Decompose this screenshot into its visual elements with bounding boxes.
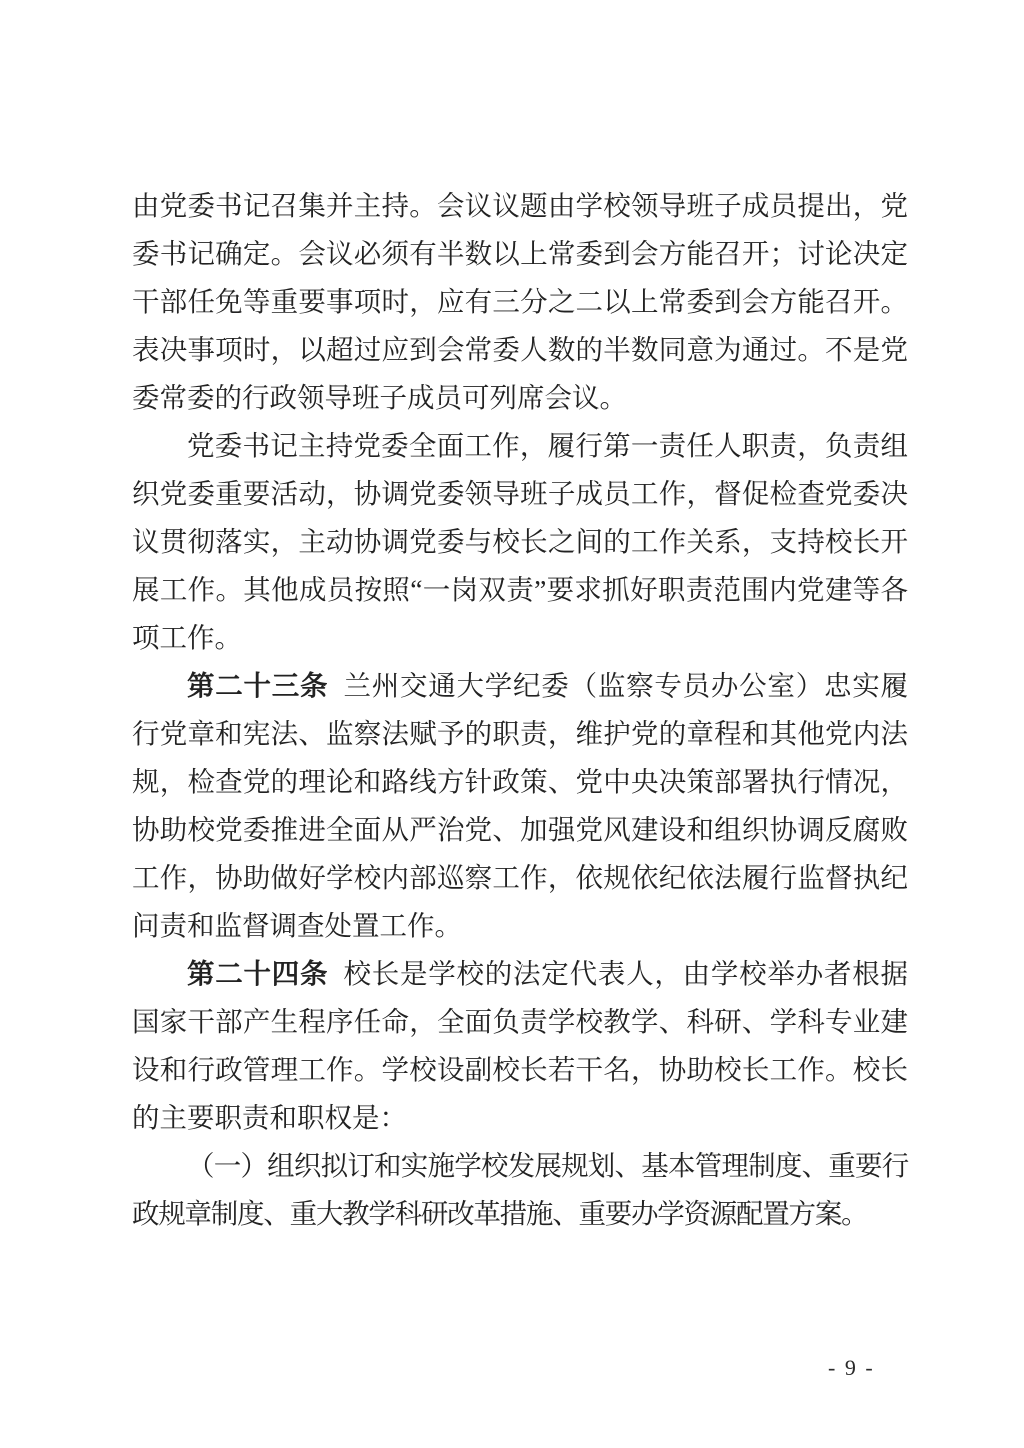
document-page: 由党委书记召集并主持。会议议题由学校领导班子成员提出，党委书记确定。会议必须有半… — [0, 0, 1024, 1448]
paragraph-article-23: 第二十三条兰州交通大学纪委（监察专员办公室）忠实履行党章和宪法、监察法赋予的职责… — [132, 662, 908, 950]
document-body: 由党委书记召集并主持。会议议题由学校领导班子成员提出，党委书记确定。会议必须有半… — [132, 182, 908, 1238]
paragraph-article-24: 第二十四条校长是学校的法定代表人，由学校举办者根据国家干部产生程序任命，全面负责… — [132, 950, 908, 1142]
article-24-number: 第二十四条 — [187, 958, 328, 989]
page-number: - 9 - — [828, 1355, 875, 1381]
paragraph-text: 党委书记主持党委全面工作，履行第一责任人职责，负责组织党委重要活动，协调党委领导… — [132, 430, 908, 653]
paragraph-text: 由党委书记召集并主持。会议议题由学校领导班子成员提出，党委书记确定。会议必须有半… — [132, 190, 908, 413]
article-23-number: 第二十三条 — [187, 670, 328, 701]
paragraph-continuation: 由党委书记召集并主持。会议议题由学校领导班子成员提出，党委书记确定。会议必须有半… — [132, 182, 908, 422]
paragraph-secretary-duties: 党委书记主持党委全面工作，履行第一责任人职责，负责组织党委重要活动，协调党委领导… — [132, 422, 908, 662]
paragraph-item-one: （一）组织拟订和实施学校发展规划、基本管理制度、重要行政规章制度、重大教学科研改… — [132, 1142, 908, 1238]
paragraph-text: 兰州交通大学纪委（监察专员办公室）忠实履行党章和宪法、监察法赋予的职责，维护党的… — [132, 670, 908, 941]
paragraph-text: （一）组织拟订和实施学校发展规划、基本管理制度、重要行政规章制度、重大教学科研改… — [132, 1150, 908, 1229]
